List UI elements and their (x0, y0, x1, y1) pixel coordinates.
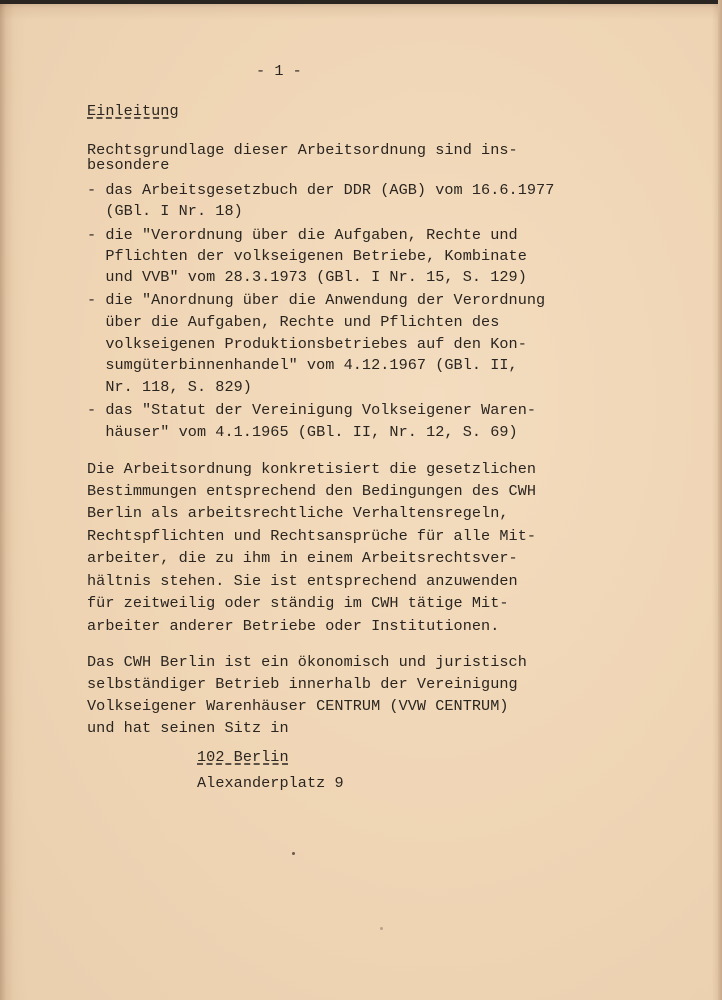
paragraph-line: Das CWH Berlin ist ein ökonomisch und ju… (87, 655, 527, 670)
list-item-continuation: volkseigenen Produktionsbetriebes auf de… (87, 337, 527, 352)
paragraph-line: hältnis stehen. Sie ist entsprechend anz… (87, 574, 518, 589)
paragraph-line: Rechtspflichten und Rechtsansprüche für … (87, 529, 536, 544)
paragraph-line: arbeiter, die zu ihm in einem Arbeitsrec… (87, 551, 518, 566)
address-street: Alexanderplatz 9 (197, 776, 344, 791)
scanned-page: - 1 - Einleitung Rechtsgrundlage dieser … (0, 0, 722, 1000)
page-number: - 1 - (256, 64, 302, 79)
paragraph-line: selbständiger Betrieb innerhalb der Vere… (87, 677, 518, 692)
paragraph-line: Bestimmungen entsprechend den Bedingunge… (87, 484, 536, 499)
paragraph-line: Volkseigener Warenhäuser CENTRUM (VVW CE… (87, 699, 509, 714)
list-item-continuation: sumgüterbinnenhandel" vom 4.12.1967 (GBl… (87, 358, 518, 373)
page-top-edge (0, 0, 722, 4)
list-item-continuation: und VVB" vom 28.3.1973 (GBl. I Nr. 15, S… (87, 270, 527, 285)
paper-speck (292, 852, 295, 855)
list-item: - das Arbeitsgesetzbuch der DDR (AGB) vo… (87, 183, 554, 198)
address-city: 102 Berlin (197, 750, 289, 765)
heading-einleitung: Einleitung (87, 104, 179, 119)
list-item-continuation: (GBl. I Nr. 18) (87, 204, 243, 219)
paragraph-line: Berlin als arbeitsrechtliche Verhaltensr… (87, 506, 509, 521)
list-item: - die "Anordnung über die Anwendung der … (87, 293, 545, 308)
list-item-continuation: über die Aufgaben, Rechte und Pflichten … (87, 315, 499, 330)
page-right-edge (718, 0, 722, 1000)
paragraph-line: arbeiter anderer Betriebe oder Instituti… (87, 619, 499, 634)
paragraph-line: für zeitweilig oder ständig im CWH tätig… (87, 596, 509, 611)
paper-speck (380, 927, 383, 930)
list-item-continuation: häuser" vom 4.1.1965 (GBl. II, Nr. 12, S… (87, 425, 518, 440)
list-item: - die "Verordnung über die Aufgaben, Rec… (87, 228, 518, 243)
list-item: - das "Statut der Vereinigung Volkseigen… (87, 403, 536, 418)
list-item-continuation: Pflichten der volkseigenen Betriebe, Kom… (87, 249, 527, 264)
paragraph-line: Die Arbeitsordnung konkretisiert die ges… (87, 462, 536, 477)
intro-line: besondere (87, 158, 169, 173)
paragraph-line: und hat seinen Sitz in (87, 721, 289, 736)
list-item-continuation: Nr. 118, S. 829) (87, 380, 252, 395)
